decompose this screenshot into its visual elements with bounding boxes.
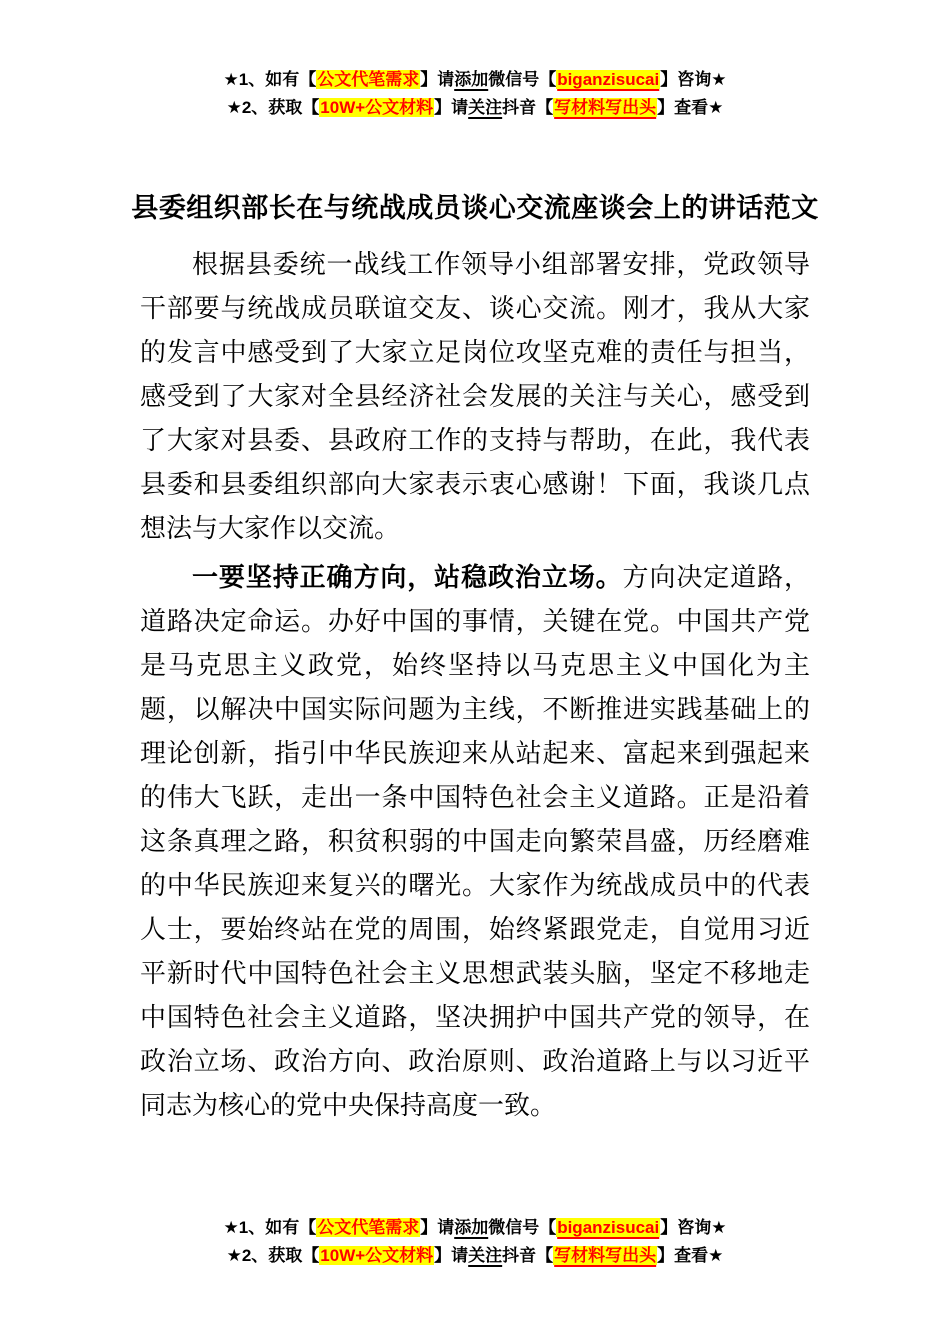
notice-line: ★2、获取【10W+公文材料】请关注抖音【写材料写出头】查看★ [0,94,950,122]
text-segment: ★2、获取【 [227,98,320,117]
text-segment: 】查看★ [657,98,723,117]
notice-line: ★1、如有【公文代笔需求】请添加微信号【biganzisucai】咨询★ [0,1214,950,1242]
text-segment: 微信号【 [488,1218,556,1237]
text-segment: 关注 [468,1246,502,1265]
text-segment: 】查看★ [657,1246,723,1265]
text-segment: 】请 [434,1246,468,1265]
text-segment: ★1、如有【 [224,70,317,89]
document-title: 县委组织部长在与统战成员谈心交流座谈会上的讲话范文 [0,190,950,226]
text-segment: 公文代笔需求 [316,70,420,89]
text-segment: 】咨询★ [660,70,726,89]
text-segment: ★1、如有【 [224,1218,317,1237]
text-segment: 】请 [420,70,454,89]
text-segment: 10W+公文材料 [319,98,434,117]
footer-notice: ★1、如有【公文代笔需求】请添加微信号【biganzisucai】咨询★ ★2、… [0,1214,950,1270]
text-segment: 微信号【 [488,70,556,89]
document-body: 根据县委统一战线工作领导小组部署安排，党政领导干部要与统战成员联谊交友、谈心交流… [140,242,810,1132]
text-segment: biganzisucai [556,70,660,89]
paragraph: 根据县委统一战线工作领导小组部署安排，党政领导干部要与统战成员联谊交友、谈心交流… [140,242,810,550]
text-segment: 关注 [468,98,502,117]
text-segment: 写材料写出头 [553,98,657,117]
header-notice: ★1、如有【公文代笔需求】请添加微信号【biganzisucai】咨询★ ★2、… [0,66,950,122]
text-segment: ★2、获取【 [227,1246,320,1265]
text-segment: 一要坚持正确方向，站稳政治立场。 [192,562,623,592]
notice-line: ★2、获取【10W+公文材料】请关注抖音【写材料写出头】查看★ [0,1242,950,1270]
text-segment: 添加 [454,70,488,89]
paragraph: 一要坚持正确方向，站稳政治立场。方向决定道路，道路决定命运。办好中国的事情，关键… [140,555,810,1127]
text-segment: 公文代笔需求 [316,1218,420,1237]
text-segment: 方向决定道路，道路决定命运。办好中国的事情，关键在党。中国共产党是马克思主义政党… [140,562,810,1120]
text-segment: 10W+公文材料 [319,1246,434,1265]
document-page: ★1、如有【公文代笔需求】请添加微信号【biganzisucai】咨询★ ★2、… [0,0,950,1344]
text-segment: 】咨询★ [660,1218,726,1237]
text-segment: 抖音【 [502,98,553,117]
text-segment: 抖音【 [502,1246,553,1265]
text-segment: 】请 [420,1218,454,1237]
text-segment: biganzisucai [556,1218,660,1237]
text-segment: 写材料写出头 [553,1246,657,1265]
text-segment: 】请 [434,98,468,117]
notice-line: ★1、如有【公文代笔需求】请添加微信号【biganzisucai】咨询★ [0,66,950,94]
text-segment: 根据县委统一战线工作领导小组部署安排，党政领导干部要与统战成员联谊交友、谈心交流… [140,249,810,543]
text-segment: 添加 [454,1218,488,1237]
